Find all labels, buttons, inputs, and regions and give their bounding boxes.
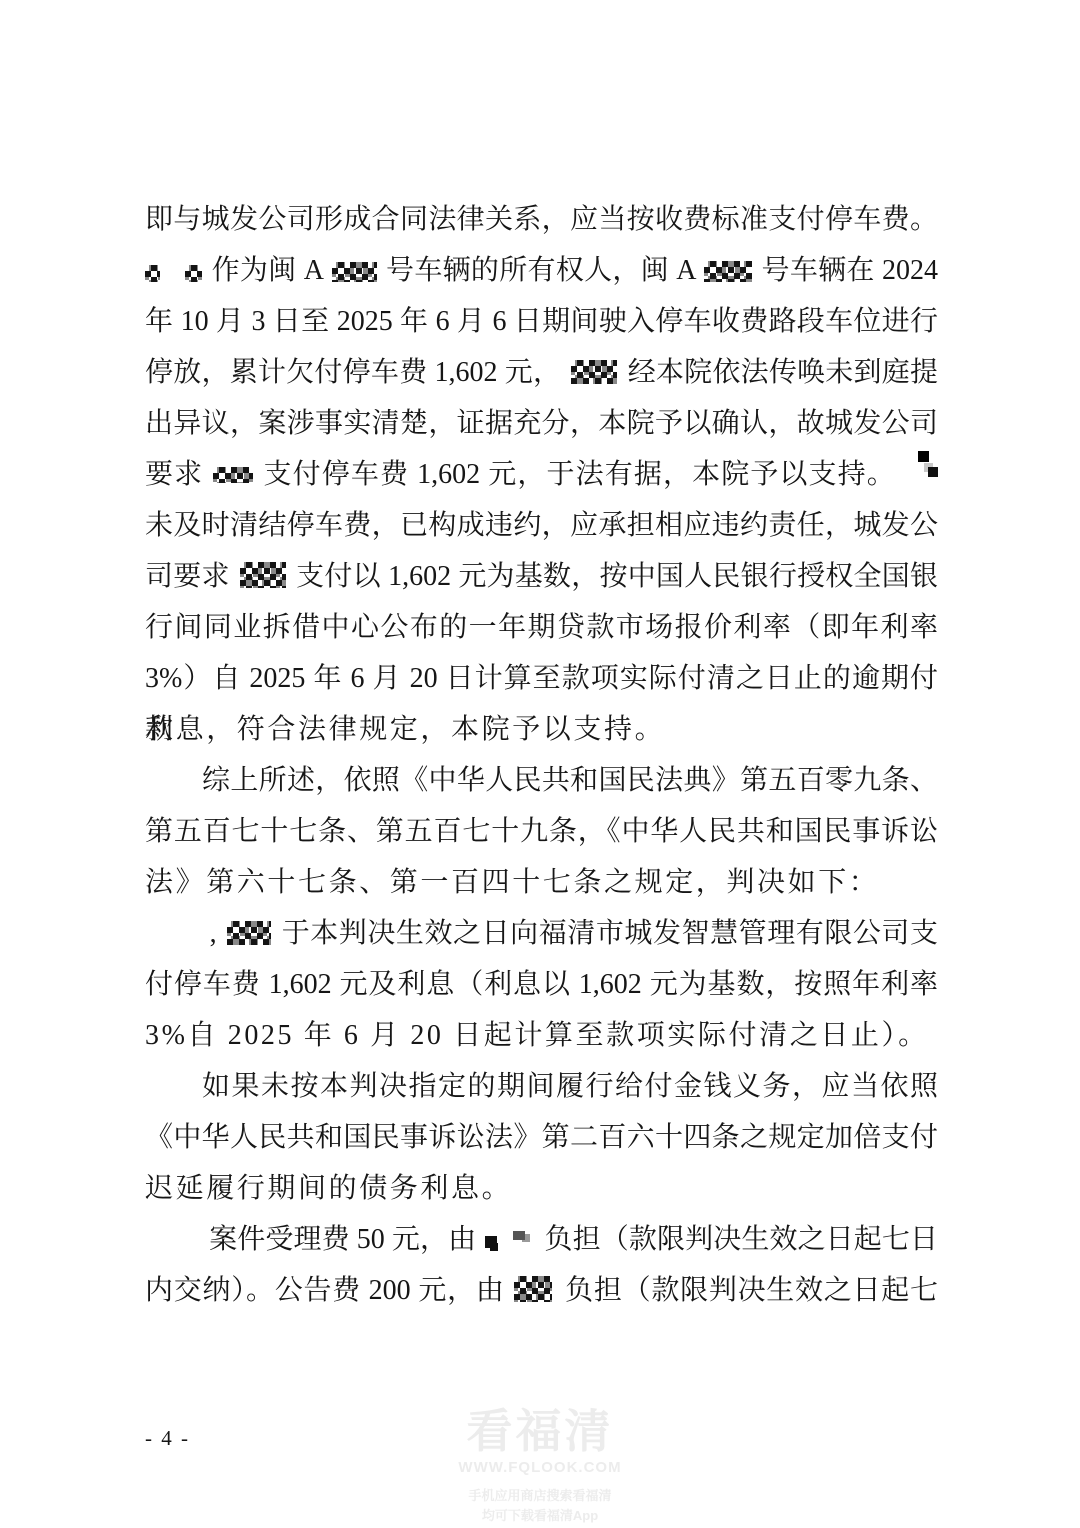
doc-line-21: 案件受理费 50 元，由 负担（款限判决生效之日起七日 xyxy=(145,1214,938,1265)
watermark-slogan-line2: 均可下载看福清App xyxy=(438,1505,642,1524)
redaction-block xyxy=(514,1276,552,1302)
doc-line-11: 利息，符合法律规定，本院予以支持。 xyxy=(145,704,938,755)
doc-text: 停放，累计欠付停车费 1,602 元， xyxy=(145,357,561,388)
doc-line-04: 停放，累计欠付停车费 1,602 元， 经本院依法传唤未到庭提 xyxy=(145,347,938,398)
doc-text: 经本院依法传唤未到庭提 xyxy=(628,357,938,388)
watermark-url: WWW.FQLOOK.COM xyxy=(438,1459,642,1476)
redaction-block xyxy=(145,265,160,282)
redaction-block xyxy=(904,451,938,481)
redaction-block xyxy=(227,921,271,945)
doc-line-15: , 于本判决生效之日向福清市城发智慧管理有限公司支 xyxy=(145,908,938,959)
doc-text: 支付停车费 1,602 元，于法有据，本院予以支持。 xyxy=(263,459,895,490)
doc-text: 负担（款限判决生效之日起七 xyxy=(565,1275,938,1306)
doc-text: 要求 xyxy=(145,459,203,490)
doc-text: 号车辆的所有权人，闽 A xyxy=(386,255,695,286)
doc-line-12: 综上所述，依照《中华人民共和国民法典》第五百零九条、 xyxy=(145,755,938,806)
page-number: - 4 - xyxy=(145,1426,190,1451)
document-body: 即与城发公司形成合同法律关系，应当按收费标准支付停车费。 作为闽 A 号车辆的所… xyxy=(145,194,938,1316)
doc-text: 司要求 xyxy=(145,561,230,592)
doc-line-17: 3%自 2025 年 6 月 20 日起计算至款项实际付清之日止）。 xyxy=(145,1010,938,1061)
watermark-slogan-line1: 手机应用商店搜索看福清 xyxy=(438,1485,642,1504)
watermark-logo-text: 看福清 xyxy=(438,1406,642,1457)
doc-text: 号车辆在 2024 xyxy=(762,255,938,286)
redaction-block xyxy=(704,261,752,282)
doc-line-22: 内交纳）。公告费 200 元，由 负担（款限判决生效之日起七 xyxy=(145,1265,938,1316)
doc-line-16: 付停车费 1,602 元及利息（利息以 1,602 元为基数，按照年利率 xyxy=(145,959,938,1010)
doc-line-06: 要求 支付停车费 1,602 元，于法有据，本院予以支持。 xyxy=(145,449,938,500)
doc-text: 内交纳）。公告费 200 元，由 xyxy=(145,1275,505,1306)
doc-line-09: 行间同业拆借中心公布的一年期贷款市场报价利率（即年利率 xyxy=(145,602,938,653)
doc-text: 案件受理费 50 元，由 xyxy=(209,1224,476,1255)
doc-text: 支付以 1,602 元为基数，按中国人民银行授权全国银 xyxy=(296,561,938,592)
doc-text: 于本判决生效之日向福清市城发智慧管理有限公司支 xyxy=(282,918,938,949)
doc-text: 负担（款限判决生效之日起七日 xyxy=(545,1224,939,1255)
doc-line-03: 年 10 月 3 日至 2025 年 6 月 6 日期间驶入停车收费路段车位进行 xyxy=(145,296,938,347)
doc-line-18: 如果未按本判决指定的期间履行给付金钱义务，应当依照 xyxy=(145,1061,938,1112)
redaction-block xyxy=(185,265,202,282)
watermark: 看福清 WWW.FQLOOK.COM 手机应用商店搜索看福清 均可下载看福清Ap… xyxy=(438,1406,642,1524)
redaction-block xyxy=(240,562,286,588)
doc-line-20: 迟延履行期间的债务利息。 xyxy=(145,1163,938,1214)
doc-line-13: 第五百七十七条、第五百七十九条，《中华人民共和国民事诉讼 xyxy=(145,806,938,857)
doc-line-10: 3%）自 2025 年 6 月 20 日计算至款项实际付清之日止的逾期付款 xyxy=(145,653,938,704)
redaction-block xyxy=(485,1231,535,1251)
doc-line-19: 《中华人民共和国民事诉讼法》第二百六十四条之规定加倍支付 xyxy=(145,1112,938,1163)
doc-line-02: 作为闽 A 号车辆的所有权人，闽 A 号车辆在 2024 xyxy=(145,245,938,296)
doc-line-14: 法》第六十七条、第一百四十七条之规定，判决如下： xyxy=(145,857,938,908)
doc-text: , xyxy=(210,918,217,949)
doc-text: 作为闽 A xyxy=(212,255,323,286)
judgment-page: 即与城发公司形成合同法律关系，应当按收费标准支付停车费。 作为闽 A 号车辆的所… xyxy=(0,0,1080,1528)
redaction-block xyxy=(332,262,377,282)
doc-line-05: 出异议，案涉事实清楚，证据充分，本院予以确认，故城发公司 xyxy=(145,398,938,449)
redaction-block xyxy=(571,360,617,384)
doc-line-08: 司要求 支付以 1,602 元为基数，按中国人民银行授权全国银 xyxy=(145,551,938,602)
doc-line-07: 未及时清结停车费，已构成违约，应承担相应违约责任，城发公 xyxy=(145,500,938,551)
redaction-block xyxy=(213,467,253,483)
doc-line-01: 即与城发公司形成合同法律关系，应当按收费标准支付停车费。 xyxy=(145,194,938,245)
